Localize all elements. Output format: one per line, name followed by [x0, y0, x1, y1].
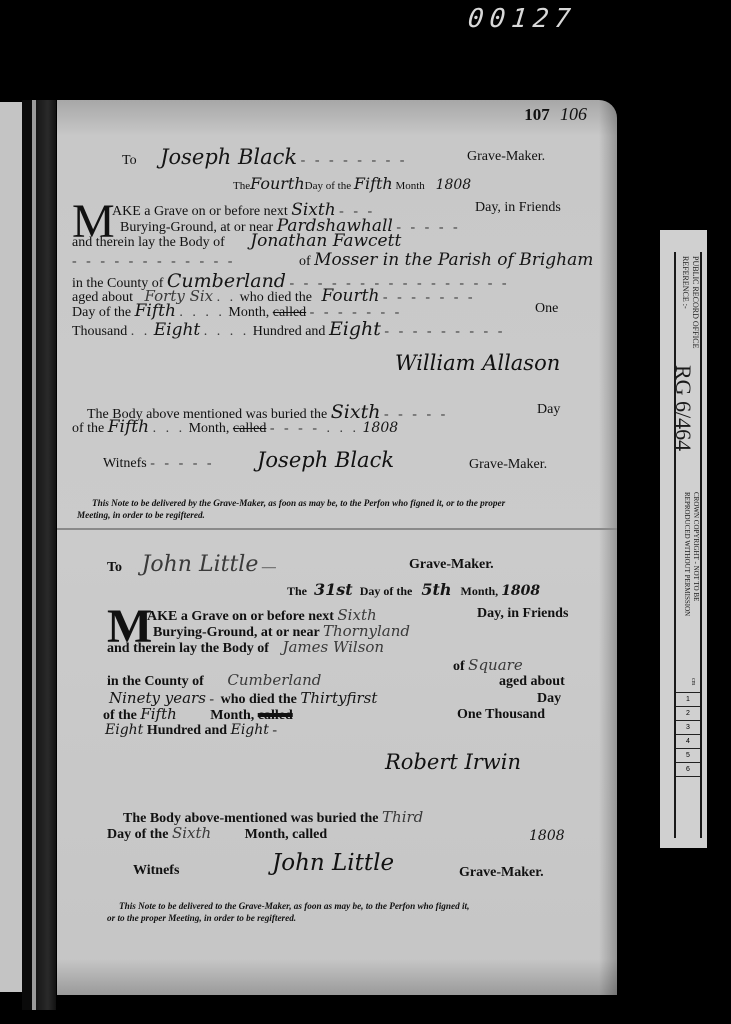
- binding-strip: [22, 100, 32, 1010]
- died-month: Fifth: [140, 705, 176, 723]
- buried-year-value: 1808: [529, 828, 565, 844]
- residence-line: of Square: [453, 656, 523, 675]
- residence-line: - - - - - - - - - - - - of Mosser in the…: [72, 250, 593, 270]
- page-shadow: [599, 100, 617, 995]
- thousand-label: Thousand: [72, 324, 127, 339]
- grave-maker-label: Grave-Maker.: [469, 457, 547, 473]
- buried-year: 1808: [529, 828, 565, 845]
- county-text: in the County of: [107, 674, 204, 689]
- residence: Square: [468, 656, 523, 674]
- one-thousand-label: One Thousand: [457, 707, 545, 723]
- copyright-line-2: REPRODUCED WITHOUT PERMISSION: [683, 492, 691, 616]
- residence: Mosser in the Parish of Brigham: [314, 250, 593, 270]
- grave-maker-name: John Little: [142, 552, 259, 577]
- strip-rule: [700, 252, 702, 838]
- to-label: To: [122, 153, 137, 168]
- dotted-leader: - - - - -: [150, 456, 214, 471]
- date-the: The: [287, 584, 307, 598]
- thousand-value: Eight: [105, 722, 143, 738]
- hundred-value: Eight: [329, 318, 381, 340]
- scale-box: 4: [676, 734, 700, 748]
- footer-line-1: This Note to be delivered by the Grave-M…: [77, 497, 617, 509]
- date-day: Fourth: [250, 174, 305, 193]
- witness-label: Witnefs: [133, 863, 179, 879]
- year-line: Eight Hundred and Eight -: [105, 722, 280, 739]
- date-day: 31st: [314, 580, 353, 599]
- date-year: 1808: [436, 177, 472, 193]
- date-month: Fifth: [354, 174, 393, 193]
- folio-number: 107 106: [524, 104, 587, 125]
- of-the: of the: [103, 708, 137, 723]
- to-line: To John Little —: [107, 552, 279, 577]
- dotted-leader: - - - - - - - - -: [384, 324, 505, 339]
- deceased-name: James Wilson: [282, 638, 384, 656]
- grave-maker-label: Grave-Maker.: [459, 865, 544, 881]
- date-year: 1808: [501, 583, 540, 599]
- buried-month-line: of the Fifth . . . Month, called - - - -…: [72, 417, 398, 437]
- scale-box: 3: [676, 720, 700, 734]
- deceased-name: Jonathan Fawcett: [250, 231, 401, 251]
- scale-boxes: 1 2 3 4 5 6: [676, 692, 700, 777]
- make-day-suffix: Day, in Friends: [477, 606, 568, 622]
- month-label: Month: [395, 180, 424, 192]
- county-line: in the County of Cumberland: [107, 671, 321, 690]
- body-text: and therein lay the Body of: [107, 641, 269, 656]
- body-line: and therein lay the Body of Jonathan Faw…: [72, 231, 401, 251]
- buried-month: Fifth: [108, 417, 149, 437]
- hundred-value: Eight: [231, 722, 269, 738]
- make-day-suffix: Day, in Friends: [475, 200, 561, 216]
- thousand-value: Eight: [154, 320, 201, 340]
- hundred-label: Hundred and: [147, 723, 227, 738]
- footer-line-1: This Note to be delivered to the Grave-M…: [107, 900, 607, 912]
- footer-line-2: Meeting, in order to be regiftered.: [77, 509, 617, 521]
- frame-number: 00127: [466, 4, 577, 34]
- body-line: and therein lay the Body of James Wilson: [107, 638, 384, 657]
- note-divider: [57, 528, 617, 530]
- day-of-the: Day of the: [107, 827, 168, 842]
- month-label: Month,: [189, 421, 230, 436]
- date-line: The 31st Day of the 5th Month, 1808: [287, 580, 540, 599]
- strip-header-line-1: PUBLIC RECORD OFFICE: [691, 256, 700, 348]
- to-line: To Joseph Black - - - - - - - -: [122, 145, 407, 169]
- document-page: 107 106 To Joseph Black - - - - - - - - …: [57, 100, 617, 995]
- dotted-leader: . .: [131, 324, 151, 339]
- died-day-label: Day: [537, 691, 561, 707]
- month-label: Month,: [461, 584, 499, 598]
- of-label: of: [299, 254, 311, 269]
- buried-month: Sixth: [172, 824, 211, 842]
- reference-strip: PUBLIC RECORD OFFICE REFERENCE :- RG 6/4…: [660, 230, 707, 848]
- dotted-leader: - - - - -: [396, 220, 460, 235]
- died-day: Thirtyfirst: [300, 689, 377, 707]
- date-month: 5th: [421, 580, 451, 599]
- witness-line: Witnefs - - - - -: [103, 456, 215, 472]
- folio-handwritten: 106: [560, 104, 587, 124]
- scale-box: 2: [676, 706, 700, 720]
- signer-signature: William Allason: [395, 351, 560, 375]
- dotted-leader: —: [262, 560, 279, 575]
- grave-maker-name: Joseph Black: [160, 145, 297, 169]
- of-the: of the: [72, 421, 104, 436]
- witness-signature: John Little: [272, 850, 394, 876]
- month-label: Month,: [210, 708, 254, 723]
- scale-box: 5: [676, 748, 700, 762]
- day-of-the: Day of the: [305, 180, 351, 192]
- buried-year: 1808: [363, 420, 399, 436]
- dotted-leader: -: [272, 723, 280, 738]
- footer-note: This Note to be delivered by the Grave-M…: [77, 497, 617, 521]
- signer-signature: Robert Irwin: [385, 750, 521, 774]
- date-the: The: [233, 180, 250, 192]
- buried-day: Third: [382, 808, 423, 826]
- day-of-the: Day of the: [360, 584, 413, 598]
- hundred-label: Hundred and: [253, 324, 326, 339]
- folio-printed: 107: [524, 105, 550, 124]
- dotted-leader: . . . .: [204, 324, 250, 339]
- month-label: Month, called: [245, 827, 327, 842]
- dotted-leader: . . .: [153, 421, 186, 436]
- body-text: and therein lay the Body of: [72, 235, 225, 250]
- witness-signature: Joseph Black: [257, 448, 394, 472]
- dotted-leader: - - - - . . .: [270, 421, 359, 436]
- footer-note: This Note to be delivered to the Grave-M…: [107, 900, 607, 924]
- one-label: One: [535, 301, 558, 317]
- date-line: TheFourthDay of the Fifth Month 1808: [233, 174, 471, 193]
- dotted-leader: - - - - - - - -: [301, 153, 408, 168]
- called-struck: called: [258, 708, 293, 723]
- grave-maker-label: Grave-Maker.: [467, 149, 545, 165]
- buried-month-line: Day of the Sixth Month, called: [107, 824, 327, 843]
- reference-number: RG 6/464: [670, 365, 696, 451]
- called-struck: called: [233, 421, 266, 436]
- scale-label: cm: [690, 678, 696, 685]
- footer-line-2: or to the proper Meeting, in order to be…: [107, 912, 607, 924]
- strip-header-line-2: REFERENCE :-: [681, 256, 690, 309]
- year-line: Thousand . . Eight . . . . Hundred and E…: [72, 318, 505, 340]
- scale-box: 6: [676, 762, 700, 777]
- copyright-line-1: CROWN COPYRIGHT - NOT TO BE: [692, 492, 700, 601]
- county: Cumberland: [227, 671, 321, 689]
- to-label: To: [107, 560, 122, 575]
- of-label: of: [453, 659, 465, 674]
- dotted-leader: - - - - - - - - - - - -: [72, 254, 235, 269]
- grave-maker-label: Grave-Maker.: [409, 557, 494, 573]
- aged-text: aged about: [499, 674, 565, 690]
- buried-day-label: Day: [537, 402, 560, 418]
- witness-label: Witnefs: [103, 456, 147, 471]
- scale-box: 1: [676, 692, 700, 706]
- binding-strip: [36, 100, 56, 1010]
- left-page-edge: [0, 102, 24, 992]
